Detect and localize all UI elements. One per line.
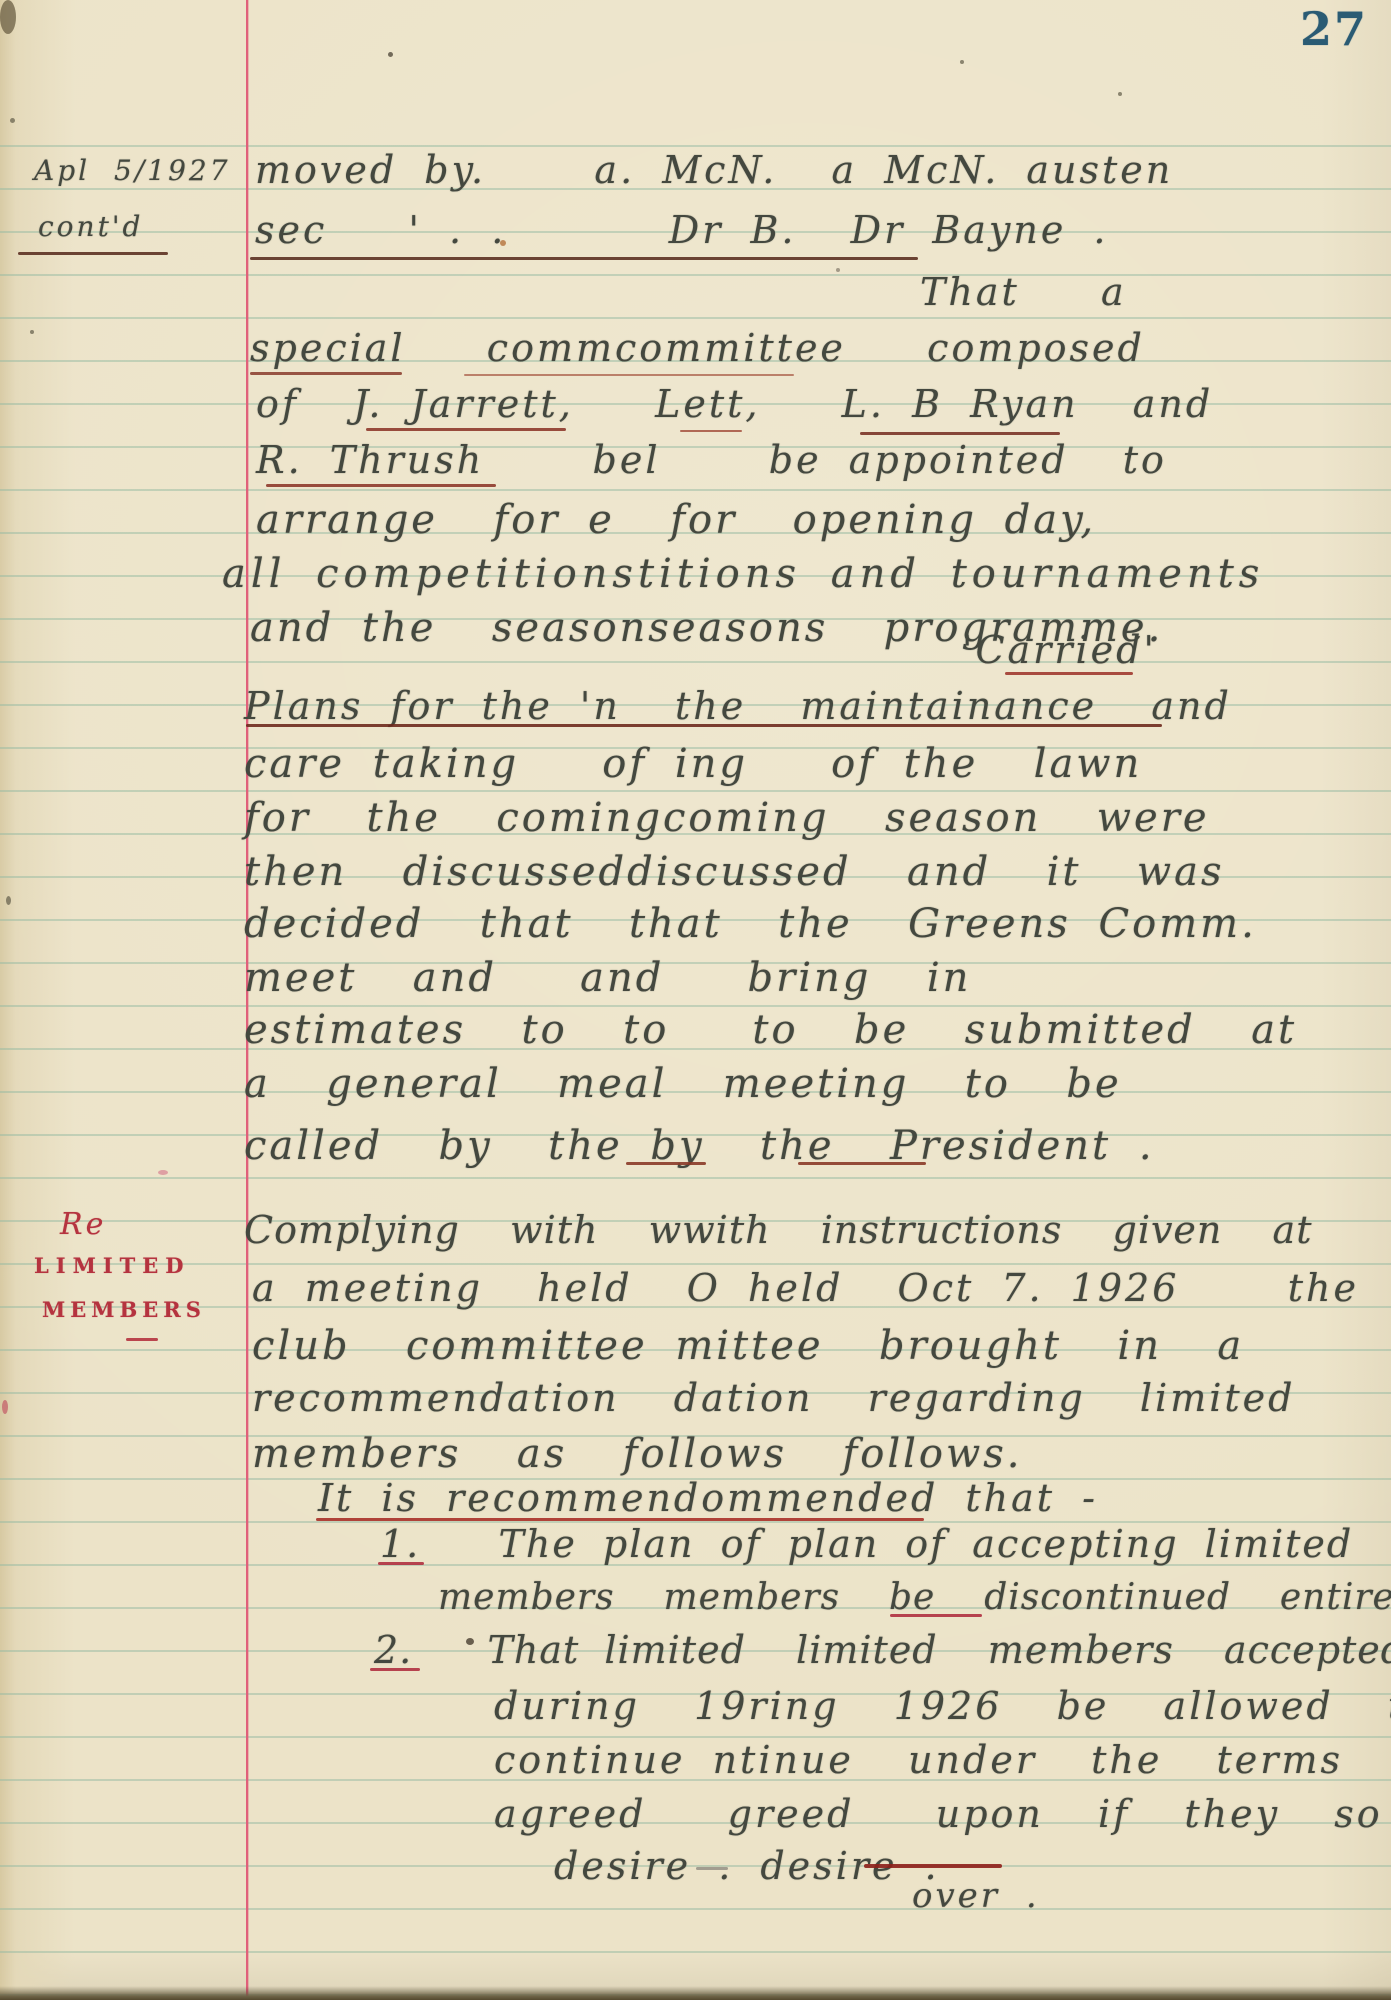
handwritten-line: then discusseddiscussed and it was [244,850,1225,894]
paper-speck [6,896,11,905]
ink-underline [126,1338,158,1341]
handwritten-line: special commcommittee composed [250,328,1145,370]
handwritten-line: over . [912,1878,1040,1915]
handwritten-line: meet and and bring in [244,956,971,1000]
ink-underline [378,1562,424,1565]
paper-speck [466,1638,474,1645]
handwritten-line: a meeting held O held Oct 7. 1926 the [252,1268,1359,1310]
margin-note: Re [60,1208,106,1241]
margin-note: cont'd [38,212,143,243]
handwritten-line: agreed greed upon if they so [494,1794,1383,1836]
handwritten-line: recommendation dation regarding limited [252,1378,1295,1420]
handwritten-line: of J. Jarrett, Lett, L. B Ryan and [256,384,1213,426]
ink-underline [18,252,168,255]
handwritten-line: R. Thrush bel be appointed to [256,440,1167,482]
ink-underline [890,1614,982,1617]
ink-underline [464,374,794,376]
handwritten-line: arrange for e for opening day, [256,498,1096,542]
handwritten-line: 2. That limited limited members accepted [374,1630,1391,1672]
ink-underline [250,257,918,260]
paper-speck [158,1170,168,1175]
handwritten-line: estimates to to to be submitted at [244,1008,1297,1052]
ink-underline [366,428,566,431]
margin-note: MEMBERS [42,1298,206,1321]
handwritten-line: members members be discontinued entirely [438,1578,1391,1618]
paper-speck [836,268,840,272]
handwritten-line: club committee mittee brought in a [252,1324,1244,1368]
handwritten-line: during 19ring 1926 be allowed to [494,1686,1391,1728]
handwritten-line: continue ntinue under the terms [494,1740,1343,1782]
ink-underline [626,1162,706,1165]
handwritten-line: all competitionstitions and tournaments [222,552,1264,596]
ink-underline [798,1162,926,1165]
margin-note: Apl 5/1927 [34,156,231,187]
handwritten-line: Plans for the 'n the maintainance and [244,686,1232,728]
paper-speck [30,330,34,334]
ink-underline [860,432,1060,435]
ink-underline [696,1867,728,1870]
handwritten-line: moved by. a. McN. a McN. austen [255,150,1173,192]
handwritten-line: members as follows follows. [252,1432,1022,1476]
handwritten-line: 1. The plan of plan of accepting limited [380,1524,1353,1566]
page-bottom-edge [0,1986,1391,2000]
ink-underline [370,1668,420,1671]
handwritten-line: It is recommendommended that - [318,1478,1098,1520]
page-number: 27 [1300,2,1368,56]
paper-speck [960,60,964,64]
handwritten-line: a general meal meeting to be [244,1062,1122,1106]
handwritten-line: care taking of ing of the lawn [244,742,1142,786]
margin-note: LIMITED [34,1254,191,1277]
ink-underline [316,1518,924,1521]
paper-speck [388,52,393,57]
handwritten-line: That a [920,272,1127,314]
handwritten-line: Complying with wwith instructions given … [244,1210,1312,1252]
handwritten-line: decided that that the Greens Comm. [244,902,1257,946]
ink-underline [250,372,402,375]
ledger-page: 27 moved by. a. McN. a McN. austensec ' … [0,0,1391,2000]
ink-underline [246,724,1162,727]
ink-underline [1005,672,1133,675]
paper-speck [2,1400,8,1414]
paper-speck [10,118,15,123]
ink-underline [266,484,496,487]
paper-speck [500,240,506,246]
handwritten-line: sec ' . . Dr B. Dr Bayne . [255,210,1109,252]
paper-speck [0,0,16,34]
ink-underline [864,1864,1002,1868]
handwritten-line: 'Carried' [962,630,1157,672]
handwritten-line: for the comingcoming season were [244,796,1210,840]
paper-speck [1118,92,1122,96]
ink-underline [680,430,742,432]
